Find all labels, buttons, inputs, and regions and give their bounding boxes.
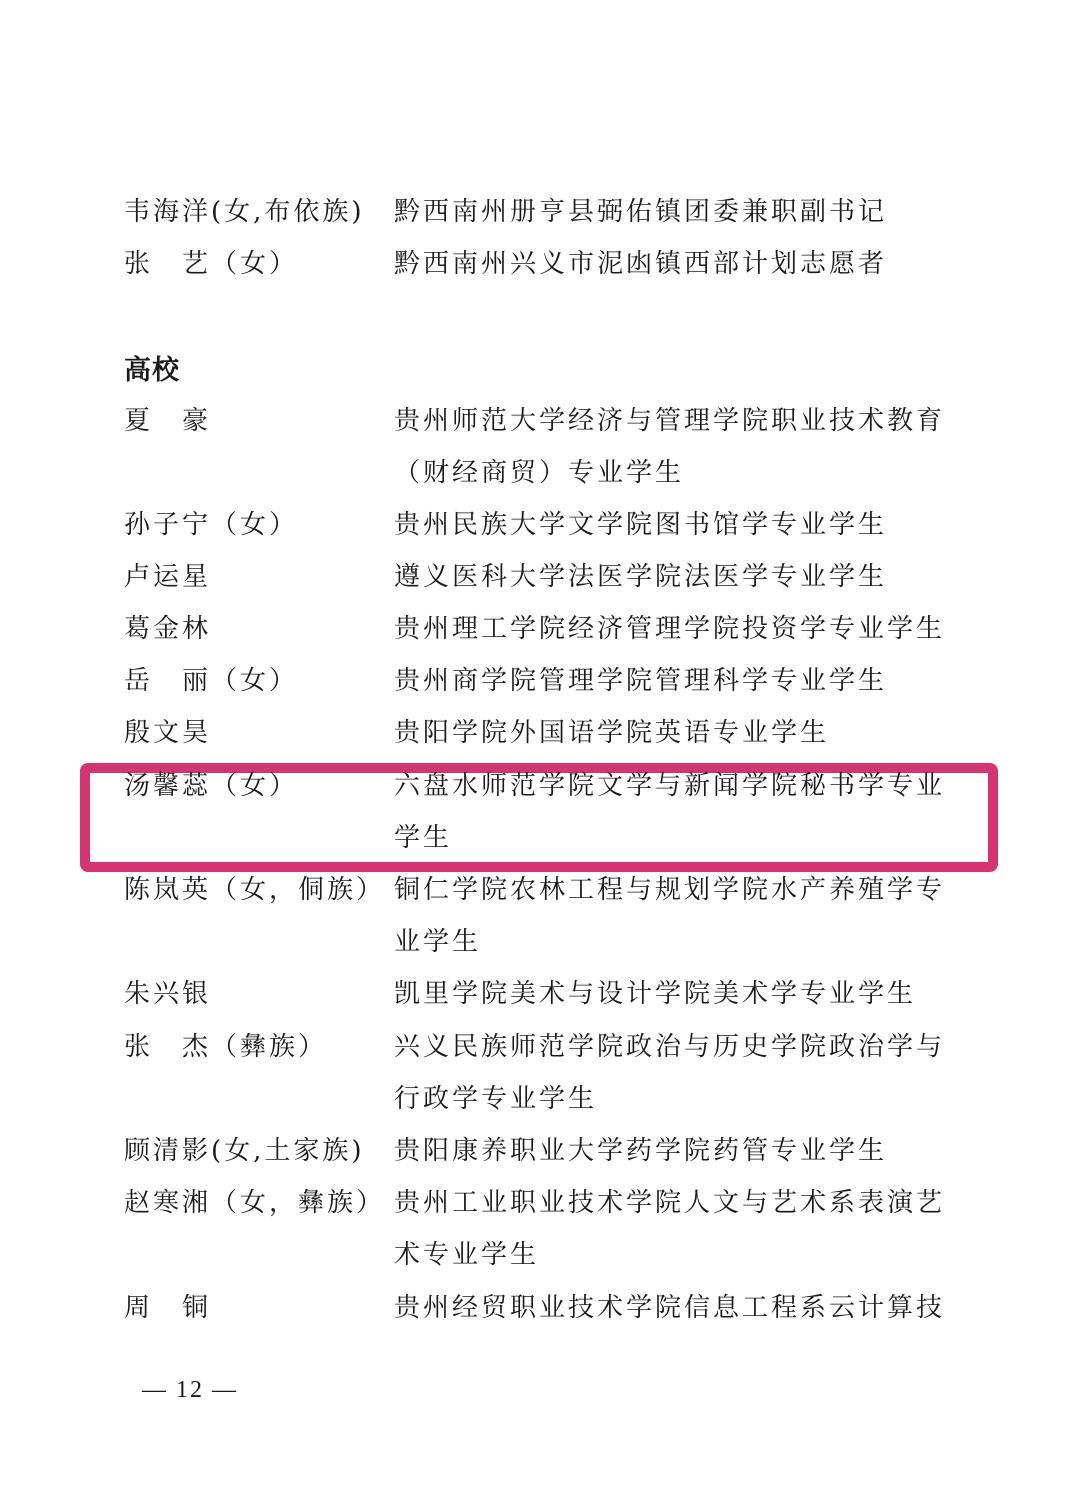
person-description: 学生 — [394, 812, 954, 864]
person-name: 卢运星 — [124, 551, 394, 603]
person-name: 孙子宁（女） — [124, 499, 394, 551]
person-description: 贵州民族大学文学院图书馆学专业学生 — [394, 499, 954, 551]
person-name: 夏 豪 — [124, 395, 394, 447]
person-description: 术专业学生 — [394, 1229, 954, 1281]
document-page: 韦海洋(女,布依族) 黔西南州册亨县弼佑镇团委兼职副书记 张 艺（女） 黔西南州… — [0, 0, 1080, 1508]
person-description: 贵阳康养职业大学药学院药管专业学生 — [394, 1125, 954, 1177]
person-name: 顾清影(女,土家族) — [124, 1125, 394, 1177]
person-description: 遵义医科大学法医学院法医学专业学生 — [394, 551, 954, 603]
person-description: 贵州师范大学经济与管理学院职业技术教育 — [394, 395, 954, 447]
person-name: 张 杰（彝族） — [124, 1021, 394, 1073]
person-name: 赵寒湘（女，彝族） — [124, 1177, 394, 1229]
person-name: 殷文昊 — [124, 707, 394, 759]
person-description: 黔西南州兴义市泥凼镇西部计划志愿者 — [394, 238, 954, 290]
person-name: 张 艺（女） — [124, 238, 394, 290]
person-description: 六盘水师范学院文学与新闻学院秘书学专业 — [394, 760, 954, 812]
person-description: 铜仁学院农林工程与规划学院水产养殖学专 — [394, 864, 954, 916]
person-description: 黔西南州册亨县弼佑镇团委兼职副书记 — [394, 186, 954, 238]
person-name: 朱兴银 — [124, 968, 394, 1020]
person-name: 岳 丽（女） — [124, 655, 394, 707]
person-name: 汤馨蕊（女） — [124, 760, 394, 812]
person-description: 贵阳学院外国语学院英语专业学生 — [394, 707, 954, 759]
person-description: 凯里学院美术与设计学院美术学专业学生 — [394, 968, 954, 1020]
person-description: 贵州经贸职业技术学院信息工程系云计算技 — [394, 1282, 954, 1334]
person-description: （财经商贸）专业学生 — [394, 447, 954, 499]
person-description: 行政学专业学生 — [394, 1073, 954, 1125]
person-name: 陈岚英（女，侗族） — [124, 864, 394, 916]
section-heading: 高校 — [124, 345, 180, 397]
person-description: 贵州商学院管理学院管理科学专业学生 — [394, 655, 954, 707]
person-name: 葛金林 — [124, 603, 394, 655]
person-description: 贵州工业职业技术学院人文与艺术系表演艺 — [394, 1177, 954, 1229]
page-number: — 12 — — [142, 1374, 238, 1406]
person-description: 贵州理工学院经济管理学院投资学专业学生 — [394, 603, 954, 655]
person-description: 业学生 — [394, 916, 954, 968]
person-name: 周 铜 — [124, 1282, 394, 1334]
person-description: 兴义民族师范学院政治与历史学院政治学与 — [394, 1021, 954, 1073]
person-name: 韦海洋(女,布依族) — [124, 186, 394, 238]
